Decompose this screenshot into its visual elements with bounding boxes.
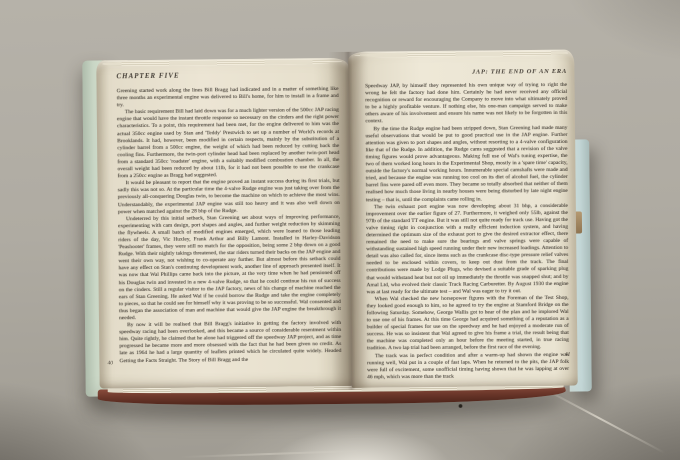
page-number-left: 40 [107, 360, 113, 366]
right-page: JAP: THE END OF AN ERA Speedway JAP, by … [348, 50, 578, 388]
right-page-text: JAP: THE END OF AN ERA Speedway JAP, by … [365, 68, 569, 381]
page-edge-stack-top [102, 59, 342, 67]
left-page: CHAPTER FIVE Greening started work along… [96, 58, 351, 389]
chapter-heading: CHAPTER FIVE [116, 70, 338, 80]
paragraph: The basic requirement Bill had laid down… [117, 107, 340, 180]
left-page-text: CHAPTER FIVE Greening started work along… [116, 70, 341, 365]
open-book: CHAPTER FIVE Greening started work along… [82, 43, 592, 406]
page-number-right: 41 [565, 352, 571, 358]
paragraph: Speedway JAP, by himself they represente… [365, 82, 567, 126]
page-edge-stack-top [354, 51, 568, 58]
running-header: JAP: THE END OF AN ERA [365, 68, 567, 76]
paragraph: When Wal checked the new horsepower figu… [367, 295, 569, 353]
book-photo-scene: CHAPTER FIVE Greening started work along… [0, 0, 680, 460]
paragraph: The twin exhaust port engine was now dev… [366, 203, 569, 297]
paragraph: It would be pleasant to report that the … [118, 178, 340, 216]
paragraph: By the time the Rudge engine had been st… [365, 124, 568, 203]
paragraph: By now it will be realised that Bill Bra… [119, 320, 341, 365]
page-block: CHAPTER FIVE Greening started work along… [96, 50, 578, 397]
paragraph: Undeterred by this initial setback, Stan… [118, 214, 341, 323]
paragraph: Greening started work along the lines Bi… [117, 86, 339, 110]
paragraph: The track was in perfect condition and a… [367, 351, 569, 381]
debris-speck [458, 404, 463, 408]
gutter-shadow [328, 52, 372, 390]
